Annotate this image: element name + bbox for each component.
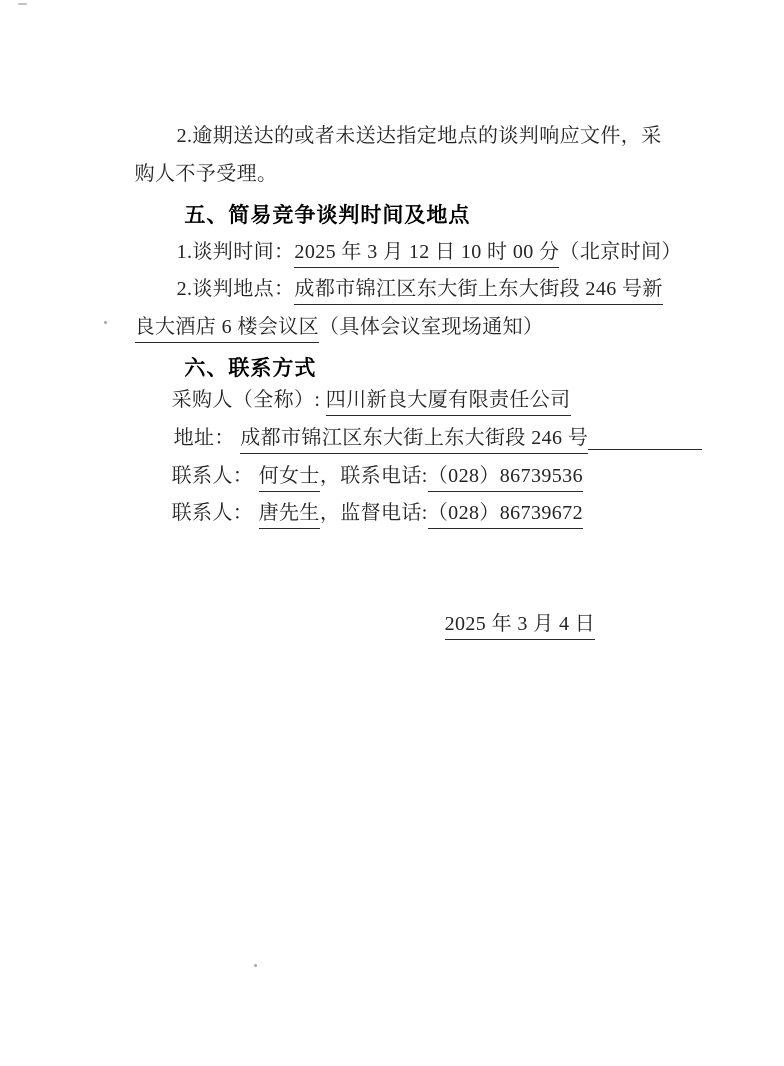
- scanned-document-page: 2.逾期送达的或者未送达指定地点的谈判响应文件，采 购人不予受理。 五、简易竞争…: [0, 0, 784, 1066]
- signature-date-line: 2025 年 3 月 4 日: [423, 585, 595, 666]
- scan-speck: [104, 321, 107, 324]
- scan-speck: [254, 964, 257, 967]
- contact2-label: 联系人：: [172, 502, 259, 524]
- negotiation-place-suffix: （具体会议室现场通知）: [319, 316, 543, 338]
- contact2-name: 唐先生: [259, 500, 320, 529]
- scan-speck: [18, 3, 27, 5]
- signature-date: 2025 年 3 月 4 日: [445, 611, 596, 640]
- contact2-line: 联系人： 唐先生，监督电话:（028）86739672: [150, 474, 583, 555]
- contact2-mid: ，监督电话:: [320, 502, 428, 524]
- address-underline-extension: [588, 449, 702, 450]
- contact2-phone: （028）86739672: [428, 500, 583, 529]
